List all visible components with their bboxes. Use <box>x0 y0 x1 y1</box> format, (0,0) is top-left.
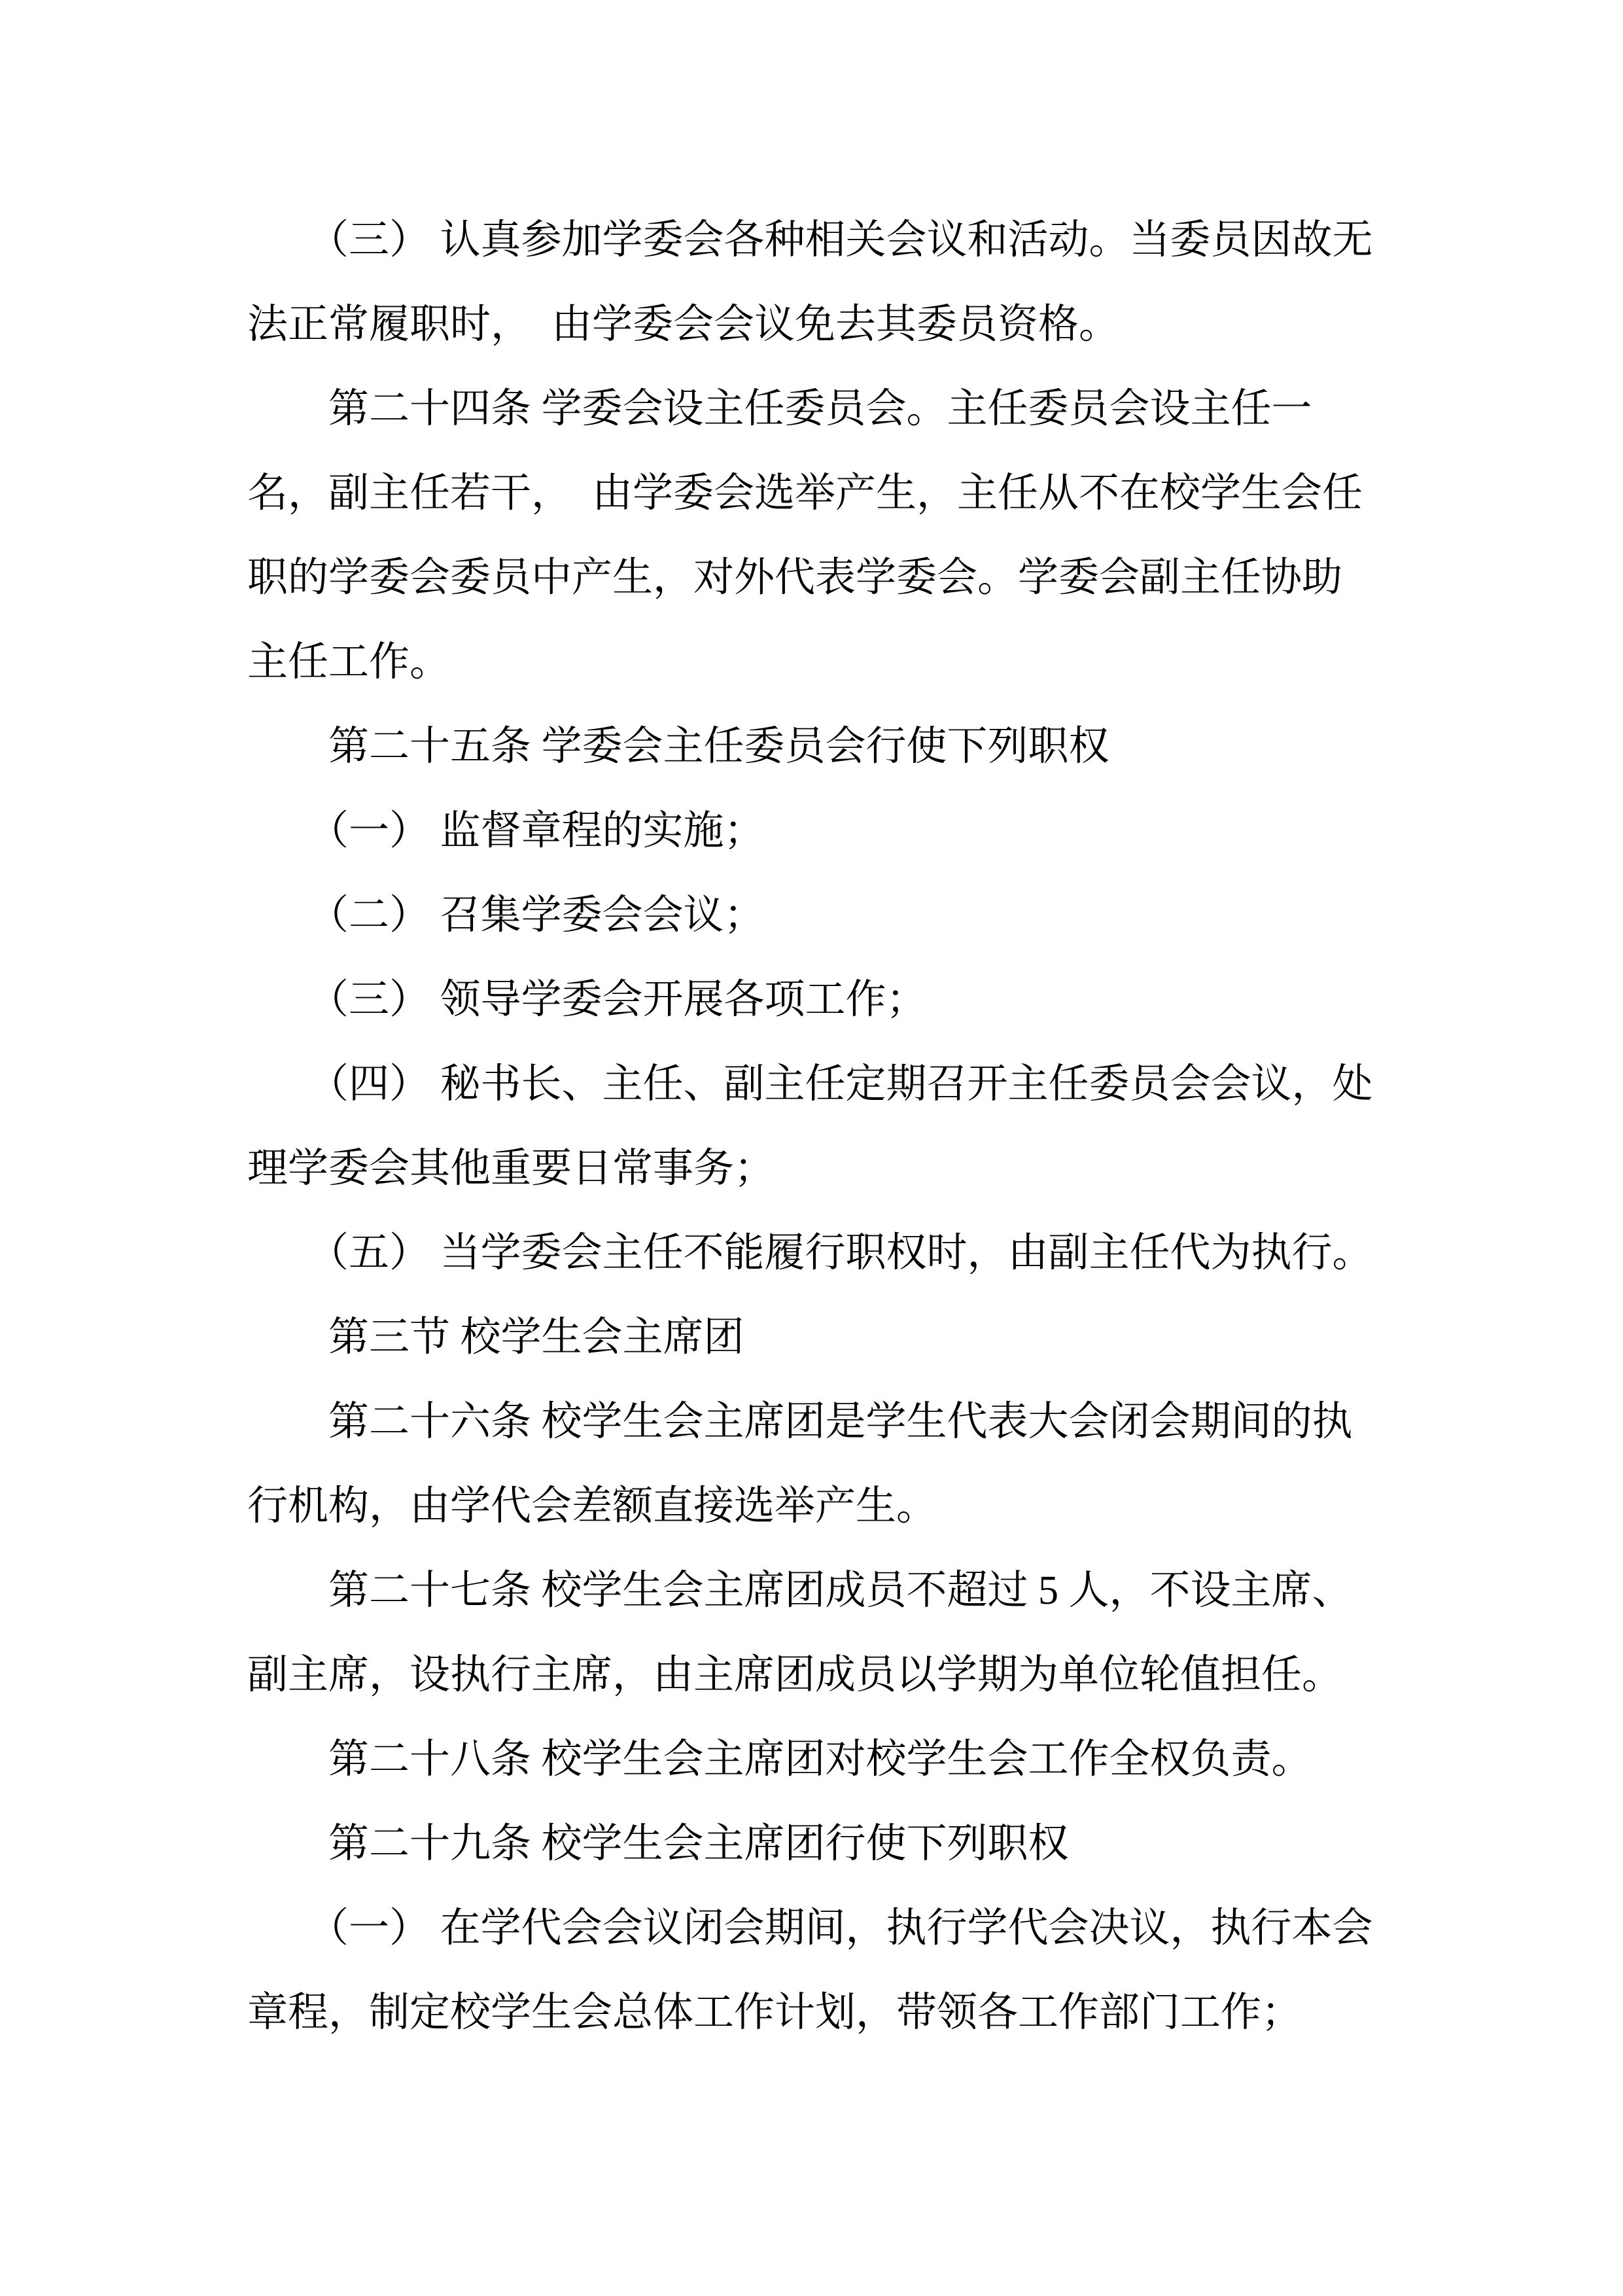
text-line-5: 职的学委会委员中产生，对外代表学委会。学委会副主任协助 <box>247 536 1387 620</box>
text-line-18: 副主席，设执行主席，由主席团成员以学期为单位轮值担任。 <box>247 1633 1387 1718</box>
text-line-8: （一） 监督章程的实施； <box>247 789 1387 874</box>
text-line-10: （三） 领导学委会开展各项工作； <box>247 958 1387 1042</box>
text-line-3: 第二十四条 学委会设主任委员会。主任委员会设主任一 <box>247 367 1387 451</box>
text-line-13: （五） 当学委会主任不能履行职权时，由副主任代为执行。 <box>247 1211 1387 1296</box>
text-line-6: 主任工作。 <box>247 620 1387 705</box>
text-line-17: 第二十七条 校学生会主席团成员不超过 5 人，不设主席、 <box>247 1549 1387 1633</box>
text-line-12: 理学委会其他重要日常事务； <box>247 1127 1387 1211</box>
text-line-19: 第二十八条 校学生会主席团对校学生会工作全权负责。 <box>247 1718 1387 1802</box>
text-line-9: （二） 召集学委会会议； <box>247 874 1387 958</box>
text-line-4: 名，副主任若干， 由学委会选举产生，主任从不在校学生会任 <box>247 451 1387 536</box>
text-line-16: 行机构，由学代会差额直接选举产生。 <box>247 1464 1387 1549</box>
text-line-21: （一） 在学代会会议闭会期间，执行学代会决议，执行本会 <box>247 1886 1387 1971</box>
text-line-22: 章程，制定校学生会总体工作计划，带领各工作部门工作； <box>247 1971 1387 2055</box>
text-line-11: （四） 秘书长、主任、副主任定期召开主任委员会会议，处 <box>247 1042 1387 1127</box>
text-line-14: 第三节 校学生会主席团 <box>247 1296 1387 1380</box>
document-text-block: （三） 认真参加学委会各种相关会议和活动。当委员因故无 法正常履职时， 由学委会… <box>247 198 1387 2055</box>
document-page: （三） 认真参加学委会各种相关会议和活动。当委员因故无 法正常履职时， 由学委会… <box>0 0 1623 2296</box>
text-line-20: 第二十九条 校学生会主席团行使下列职权 <box>247 1802 1387 1886</box>
text-line-1: （三） 认真参加学委会各种相关会议和活动。当委员因故无 <box>247 198 1387 283</box>
text-line-15: 第二十六条 校学生会主席团是学生代表大会闭会期间的执 <box>247 1380 1387 1464</box>
text-line-7: 第二十五条 学委会主任委员会行使下列职权 <box>247 705 1387 789</box>
text-line-2: 法正常履职时， 由学委会会议免去其委员资格。 <box>247 283 1387 367</box>
